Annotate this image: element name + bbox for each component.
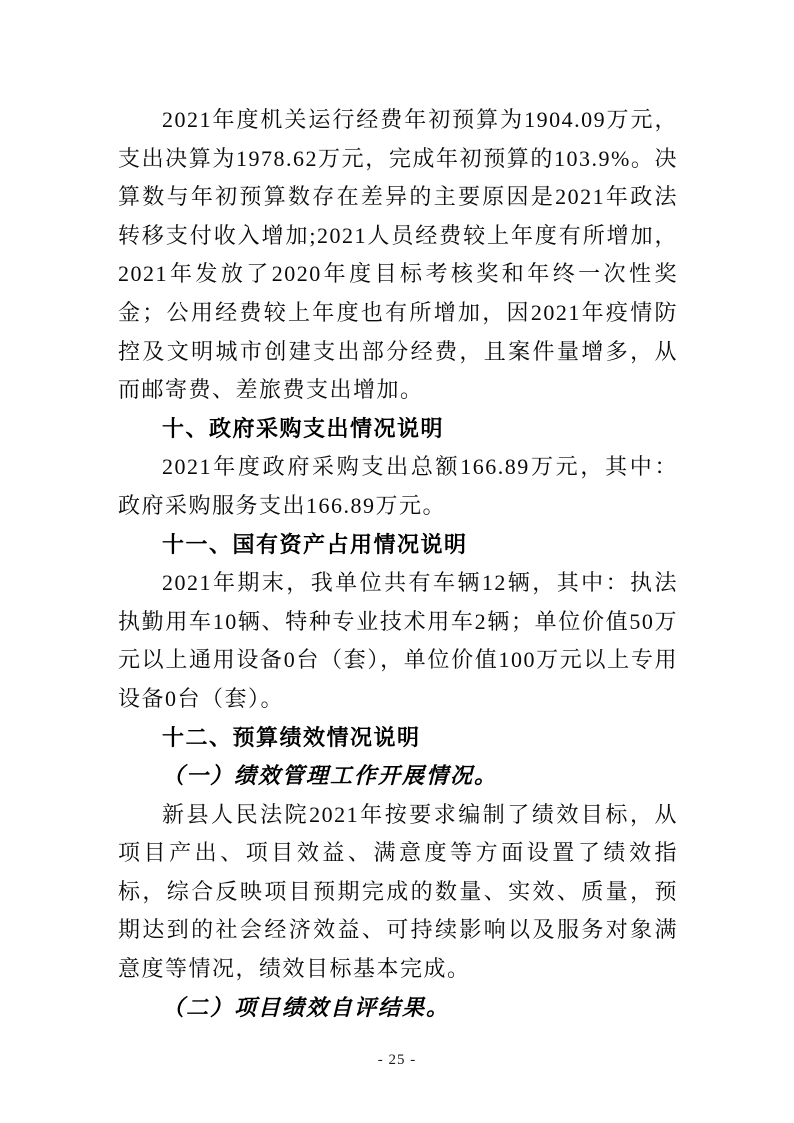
subheading-project-self-evaluation: （二）项目绩效自评结果。 (118, 989, 678, 1028)
paragraph-procurement-expense: 2021年度政府采购支出总额166.89万元，其中：政府采购服务支出166.89… (118, 448, 678, 525)
document-page: 2021年度机关运行经费年初预算为1904.09万元，支出决算为1978.62万… (0, 0, 794, 1123)
paragraph-operating-expense: 2021年度机关运行经费年初预算为1904.09万元，支出决算为1978.62万… (118, 101, 678, 410)
subheading-performance-management: （一）绩效管理工作开展情况。 (118, 757, 678, 796)
paragraph-state-assets: 2021年期末，我单位共有车辆12辆，其中：执法执勤用车10辆、特种专业技术用车… (118, 564, 678, 718)
heading-section-12-budget-performance: 十二、预算绩效情况说明 (118, 719, 678, 758)
page-number: - 25 - (0, 1052, 794, 1069)
paragraph-performance-targets: 新县人民法院2021年按要求编制了绩效目标，从项目产出、项目效益、满意度等方面设… (118, 796, 678, 989)
document-body: 2021年度机关运行经费年初预算为1904.09万元，支出决算为1978.62万… (118, 101, 678, 1027)
heading-section-11-state-assets: 十一、国有资产占用情况说明 (118, 526, 678, 565)
heading-section-10-procurement: 十、政府采购支出情况说明 (118, 410, 678, 449)
